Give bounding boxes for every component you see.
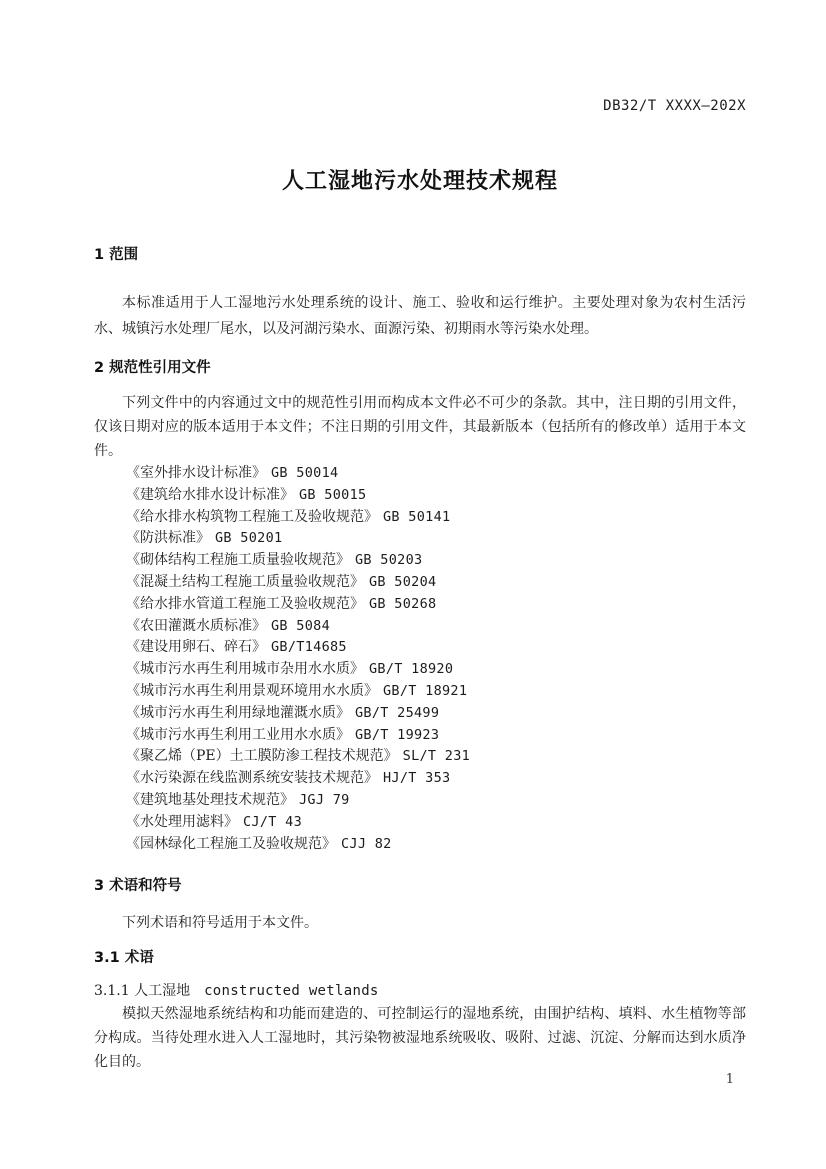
reference-title: 《室外排水设计标准》 [126, 465, 266, 481]
section-2-paragraph: 下列文件中的内容通过文中的规范性引用而构成本文件必不可少的条款。其中，注日期的引… [94, 391, 746, 463]
reference-title: 《城市污水再生利用工业用水水质》 [126, 727, 350, 743]
reference-item: 《水污染源在线监测系统安装技术规范》HJ/T 353 [126, 768, 746, 790]
section-3-1-heading: 3.1 术语 [94, 949, 746, 967]
reference-item: 《城市污水再生利用景观环境用水水质》GB/T 18921 [126, 681, 746, 703]
reference-code: GB 50014 [271, 465, 338, 481]
reference-code: CJ/T 43 [243, 814, 302, 830]
reference-item: 《建设用卵石、碎石》GB/T14685 [126, 637, 746, 659]
reference-item: 《城市污水再生利用工业用水水质》GB/T 19923 [126, 725, 746, 747]
reference-code: JGJ 79 [299, 792, 350, 808]
reference-code: GB/T 19923 [355, 727, 439, 743]
reference-list: 《室外排水设计标准》GB 50014 《建筑给水排水设计标准》GB 50015 … [94, 463, 746, 855]
section-3-intro: 下列术语和符号适用于本文件。 [94, 913, 746, 933]
reference-title: 《建设用卵石、碎石》 [126, 639, 266, 655]
reference-title: 《混凝土结构工程施工质量验收规范》 [126, 574, 364, 590]
reference-title: 《水处理用滤料》 [126, 814, 238, 830]
reference-code: GB 50204 [369, 574, 436, 590]
reference-title: 《砌体结构工程施工质量验收规范》 [126, 552, 350, 568]
reference-code: HJ/T 353 [383, 770, 450, 786]
reference-code: GB/T 25499 [355, 705, 439, 721]
reference-title: 《城市污水再生利用城市杂用水水质》 [126, 661, 364, 677]
reference-code: GB/T14685 [271, 639, 347, 655]
reference-item: 《给水排水构筑物工程施工及验收规范》GB 50141 [126, 507, 746, 529]
page-number: 1 [726, 1072, 734, 1088]
document-page: DB32/T XXXX—202X 人工湿地污水处理技术规程 1 范围 本标准适用… [0, 0, 826, 1169]
reference-title: 《给水排水构筑物工程施工及验收规范》 [126, 509, 378, 525]
reference-title: 《建筑地基处理技术规范》 [126, 792, 294, 808]
reference-title: 《防洪标准》 [126, 530, 210, 546]
reference-item: 《混凝土结构工程施工质量验收规范》GB 50204 [126, 572, 746, 594]
reference-code: CJJ 82 [341, 836, 392, 852]
reference-code: SL/T 231 [403, 748, 470, 764]
reference-title: 《建筑给水排水设计标准》 [126, 487, 294, 503]
reference-title: 《水污染源在线监测系统安装技术规范》 [126, 770, 378, 786]
section-1-paragraph: 本标准适用于人工湿地污水处理系统的设计、施工、验收和运行维护。主要处理对象为农村… [94, 290, 746, 342]
reference-title: 《农田灌溉水质标准》 [126, 618, 266, 634]
reference-code: GB 50203 [355, 552, 422, 568]
reference-title: 《给水排水管道工程施工及验收规范》 [126, 596, 364, 612]
reference-item: 《防洪标准》GB 50201 [126, 528, 746, 550]
document-title: 人工湿地污水处理技术规程 [94, 167, 746, 197]
reference-code: GB 50268 [369, 596, 436, 612]
reference-item: 《建筑地基处理技术规范》JGJ 79 [126, 790, 746, 812]
term-3-1-1-definition: 模拟天然湿地系统结构和功能而建造的、可控制运行的湿地系统，由围护结构、填料、水生… [94, 1002, 746, 1074]
reference-code: GB 50015 [299, 487, 366, 503]
reference-title: 《园林绿化工程施工及验收规范》 [126, 836, 336, 852]
reference-code: GB 50141 [383, 509, 450, 525]
reference-code: GB 5084 [271, 618, 330, 634]
reference-code: GB/T 18920 [369, 661, 453, 677]
reference-title: 《聚乙烯（PE）土工膜防渗工程技术规范》 [126, 748, 398, 764]
reference-item: 《园林绿化工程施工及验收规范》CJJ 82 [126, 834, 746, 856]
section-2-heading: 2 规范性引用文件 [94, 359, 746, 377]
reference-item: 《城市污水再生利用城市杂用水水质》GB/T 18920 [126, 659, 746, 681]
document-code: DB32/T XXXX—202X [94, 0, 746, 114]
term-3-1-1-heading: 3.1.1 人工湿地constructed wetlands [94, 982, 746, 1000]
reference-code: GB 50201 [215, 530, 282, 546]
reference-title: 《城市污水再生利用景观环境用水水质》 [126, 683, 378, 699]
reference-item: 《城市污水再生利用绿地灌溉水质》GB/T 25499 [126, 703, 746, 725]
reference-item: 《给水排水管道工程施工及验收规范》GB 50268 [126, 594, 746, 616]
term-number-and-name: 3.1.1 人工湿地 [94, 983, 190, 999]
reference-item: 《室外排水设计标准》GB 50014 [126, 463, 746, 485]
reference-item: 《聚乙烯（PE）土工膜防渗工程技术规范》SL/T 231 [126, 746, 746, 768]
section-1-heading: 1 范围 [94, 246, 746, 264]
reference-item: 《水处理用滤料》CJ/T 43 [126, 812, 746, 834]
reference-item: 《建筑给水排水设计标准》GB 50015 [126, 485, 746, 507]
section-3-heading: 3 术语和符号 [94, 877, 746, 895]
reference-item: 《砌体结构工程施工质量验收规范》GB 50203 [126, 550, 746, 572]
reference-code: GB/T 18921 [383, 683, 467, 699]
term-english-name: constructed wetlands [204, 983, 379, 999]
reference-title: 《城市污水再生利用绿地灌溉水质》 [126, 705, 350, 721]
reference-item: 《农田灌溉水质标准》GB 5084 [126, 616, 746, 638]
